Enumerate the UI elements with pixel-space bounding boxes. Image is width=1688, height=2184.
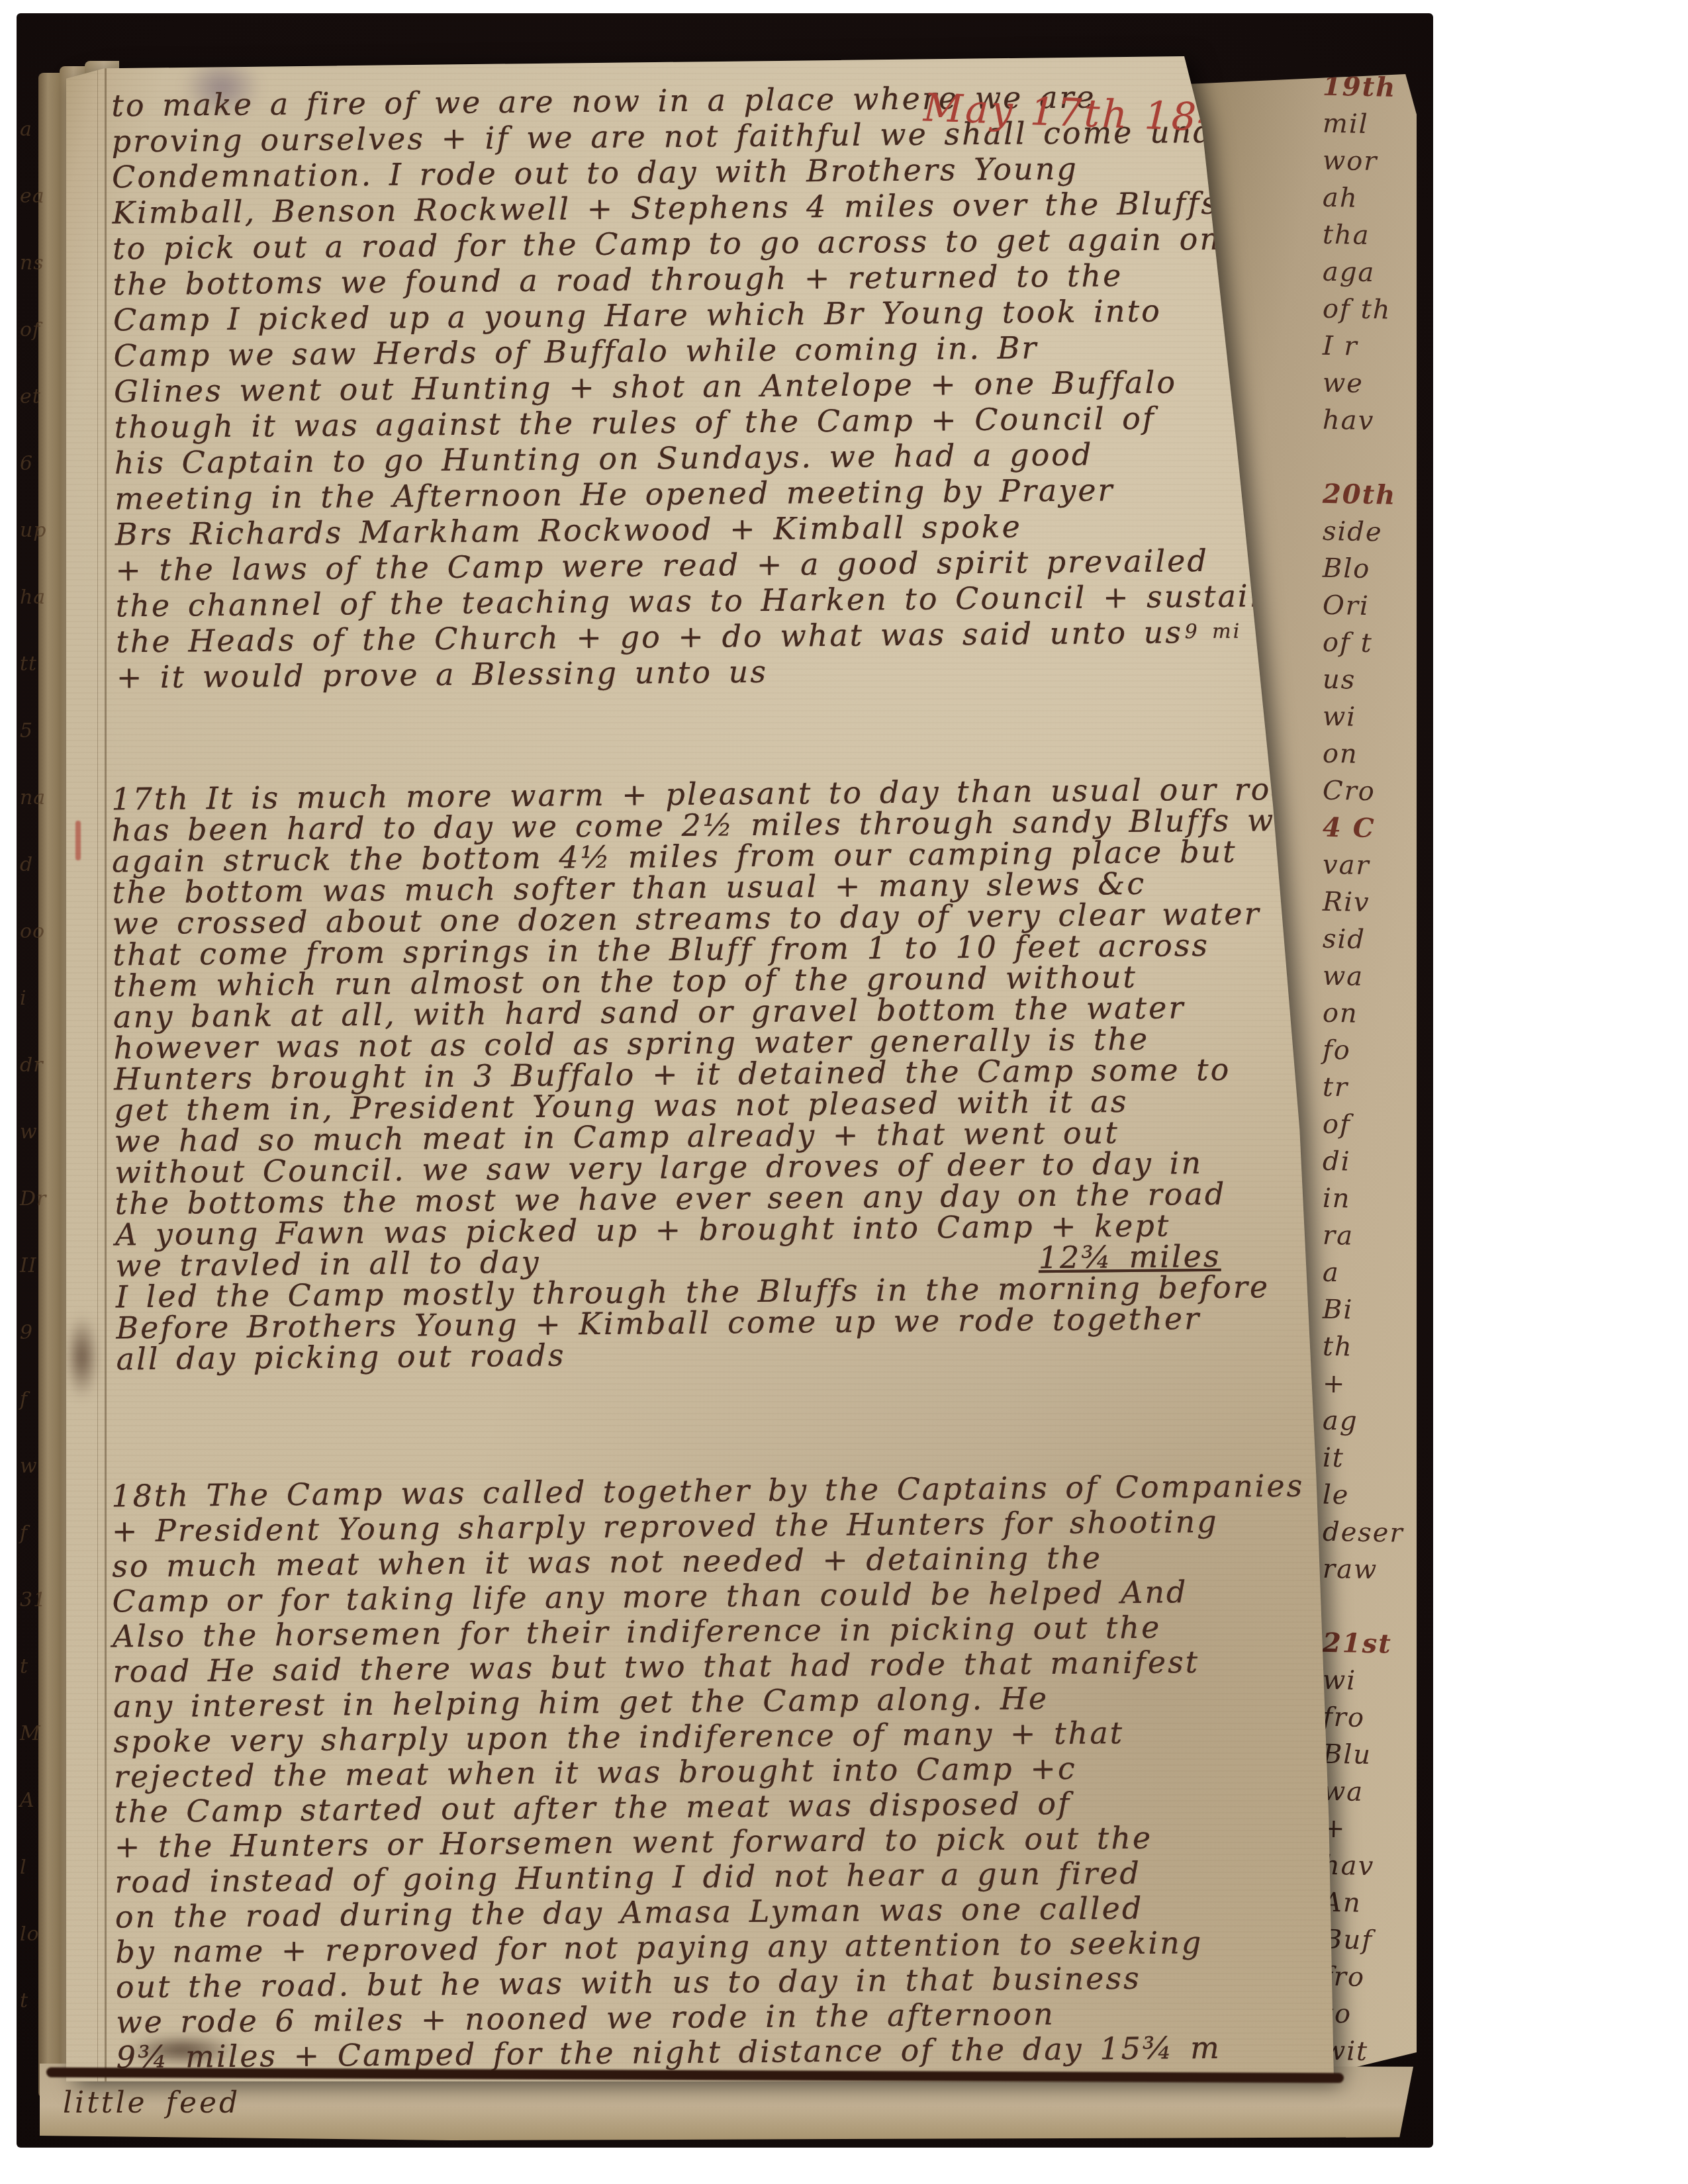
next-page-fragment: a	[1323, 1254, 1416, 1293]
ink-smudge	[62, 1300, 102, 1413]
margin-rule-line	[105, 56, 107, 2081]
next-page-fragment: Blo	[1323, 550, 1416, 588]
next-page-fragment: wi	[1323, 698, 1416, 737]
next-page-fragment: di	[1323, 1143, 1416, 1181]
journal-entry-may-17: 17th It is much more warm + pleasant to …	[111, 774, 1242, 1375]
next-page-fragment: fro	[1323, 1958, 1416, 1997]
journal-entry-may-16-continued: to make a fire of we are now in a place …	[111, 78, 1242, 696]
next-page-fragment: of t	[1323, 624, 1416, 662]
next-page-fragment: Cro	[1323, 772, 1416, 811]
edge-fragment: ha	[20, 564, 66, 631]
edge-fragment: 31	[20, 1567, 66, 1633]
edge-fragment: dr	[20, 1032, 66, 1099]
edge-fragment: i	[20, 965, 66, 1032]
next-page-fragment: Riv	[1323, 884, 1416, 922]
next-page-fragment: hav	[1323, 402, 1416, 440]
next-page-fragment: of th	[1323, 291, 1416, 329]
next-page-fragment: deser	[1323, 1514, 1416, 1552]
next-page-text-column: 19thmilworahthaagaof thI rwehav 20thside…	[1323, 69, 1415, 2070]
next-page-fragment: to	[1323, 1995, 1416, 2034]
edge-fragment: Dr	[20, 1165, 66, 1232]
next-page-fragment: 21st	[1323, 1625, 1416, 1663]
next-page-fragment: +	[1323, 1810, 1416, 1848]
next-page-fragment: An	[1323, 1884, 1416, 1923]
edge-fragment: d	[20, 831, 66, 898]
edge-fragment: ea	[20, 163, 66, 230]
next-page-fragment: sid	[1323, 921, 1416, 959]
fragment-spacer	[1323, 439, 1416, 477]
next-page-fragment: fro	[1323, 1699, 1416, 1737]
next-page-fragment: we	[1323, 365, 1416, 403]
next-page-fragment: 20th	[1323, 476, 1416, 514]
next-page-fragment: side	[1323, 513, 1416, 551]
next-page-fragment: wor	[1323, 142, 1416, 181]
next-page-fragment: tr	[1323, 1069, 1416, 1107]
edge-fragment: M	[20, 1700, 66, 1767]
next-page-fragment: mil	[1323, 105, 1416, 144]
next-page-fragment: th	[1323, 1328, 1416, 1367]
edge-fragment: A	[20, 1767, 66, 1834]
next-page-fragment: in	[1323, 1180, 1416, 1218]
next-page-fragment: wa	[1323, 1773, 1416, 1811]
red-margin-mark	[75, 821, 81, 860]
edge-fragment: t	[20, 1968, 66, 2034]
next-page-fragment: it	[1323, 1439, 1416, 1478]
next-page-fragment: fo	[1323, 1032, 1416, 1070]
edge-fragment: w	[20, 1099, 66, 1165]
edge-fragment: 5	[20, 698, 66, 764]
edge-fragment: w	[20, 1433, 66, 1500]
next-page-fragment: var	[1323, 846, 1416, 885]
next-page-fragment: tha	[1323, 216, 1416, 255]
edge-fragment: II	[20, 1232, 66, 1299]
edge-fragment: l	[20, 1834, 66, 1901]
edge-fragment: up	[20, 497, 66, 564]
next-page-fragment: ah	[1323, 179, 1416, 218]
edge-fragment: na	[20, 764, 66, 831]
edge-fragment: of	[20, 296, 66, 363]
next-page-fragment: raw	[1323, 1551, 1416, 1589]
fragment-spacer	[1323, 1588, 1416, 1626]
next-page-fragment: hav	[1323, 1847, 1416, 1886]
bottom-partial-line: little feed	[63, 2086, 240, 2120]
next-page-fragment: us	[1323, 661, 1416, 700]
edge-fragment: tt	[20, 631, 66, 698]
edge-fragment: f	[20, 1366, 66, 1433]
next-page-fragment: wa	[1323, 958, 1416, 996]
previous-page-edge-fragments: aeansofet6uphatt5nadooidrwDrII9fwf31tMAl…	[20, 96, 66, 2034]
next-page-fragment: Blu	[1323, 1736, 1416, 1774]
next-page-fragment: 4 C	[1323, 809, 1416, 848]
journal-page: May 17th 1847 to make a fire of we are n…	[66, 56, 1334, 2081]
edge-fragment: a	[20, 96, 66, 163]
journal-page-surface: May 17th 1847 to make a fire of we are n…	[66, 56, 1334, 2081]
next-page-fragment: aga	[1323, 253, 1416, 292]
edge-fragment: t	[20, 1633, 66, 1700]
next-page-fragment: I r	[1323, 328, 1416, 366]
next-page-fragment: on	[1323, 735, 1416, 774]
next-page-fragment: Buf	[1323, 1921, 1416, 1960]
journal-entry-may-18: 18th The Camp was called together by the…	[111, 1469, 1242, 2075]
next-page-fragment: ag	[1323, 1402, 1416, 1441]
next-page-fragment: wi	[1323, 1662, 1416, 1700]
edge-fragment: et	[20, 363, 66, 430]
next-page-fragment: of	[1323, 1106, 1416, 1144]
edge-fragment: 9	[20, 1299, 66, 1366]
next-page-fragment: ra	[1323, 1217, 1416, 1255]
next-page-fragment: le	[1323, 1477, 1416, 1515]
edge-fragment: lo	[20, 1901, 66, 1968]
next-page-fragment: Ori	[1323, 587, 1416, 625]
next-page-fragment: on	[1323, 995, 1416, 1033]
next-page-fragment: +	[1323, 1365, 1416, 1404]
next-page-fragment: Bi	[1323, 1291, 1416, 1330]
edge-fragment: f	[20, 1500, 66, 1567]
mileage-note: 9 mi	[1184, 614, 1241, 651]
mileage-note: 12¾ miles	[1039, 1241, 1221, 1273]
edge-fragment: ns	[20, 230, 66, 296]
edge-fragment: 6	[20, 430, 66, 497]
margin-rule-line	[97, 56, 98, 2081]
edge-fragment: oo	[20, 898, 66, 965]
